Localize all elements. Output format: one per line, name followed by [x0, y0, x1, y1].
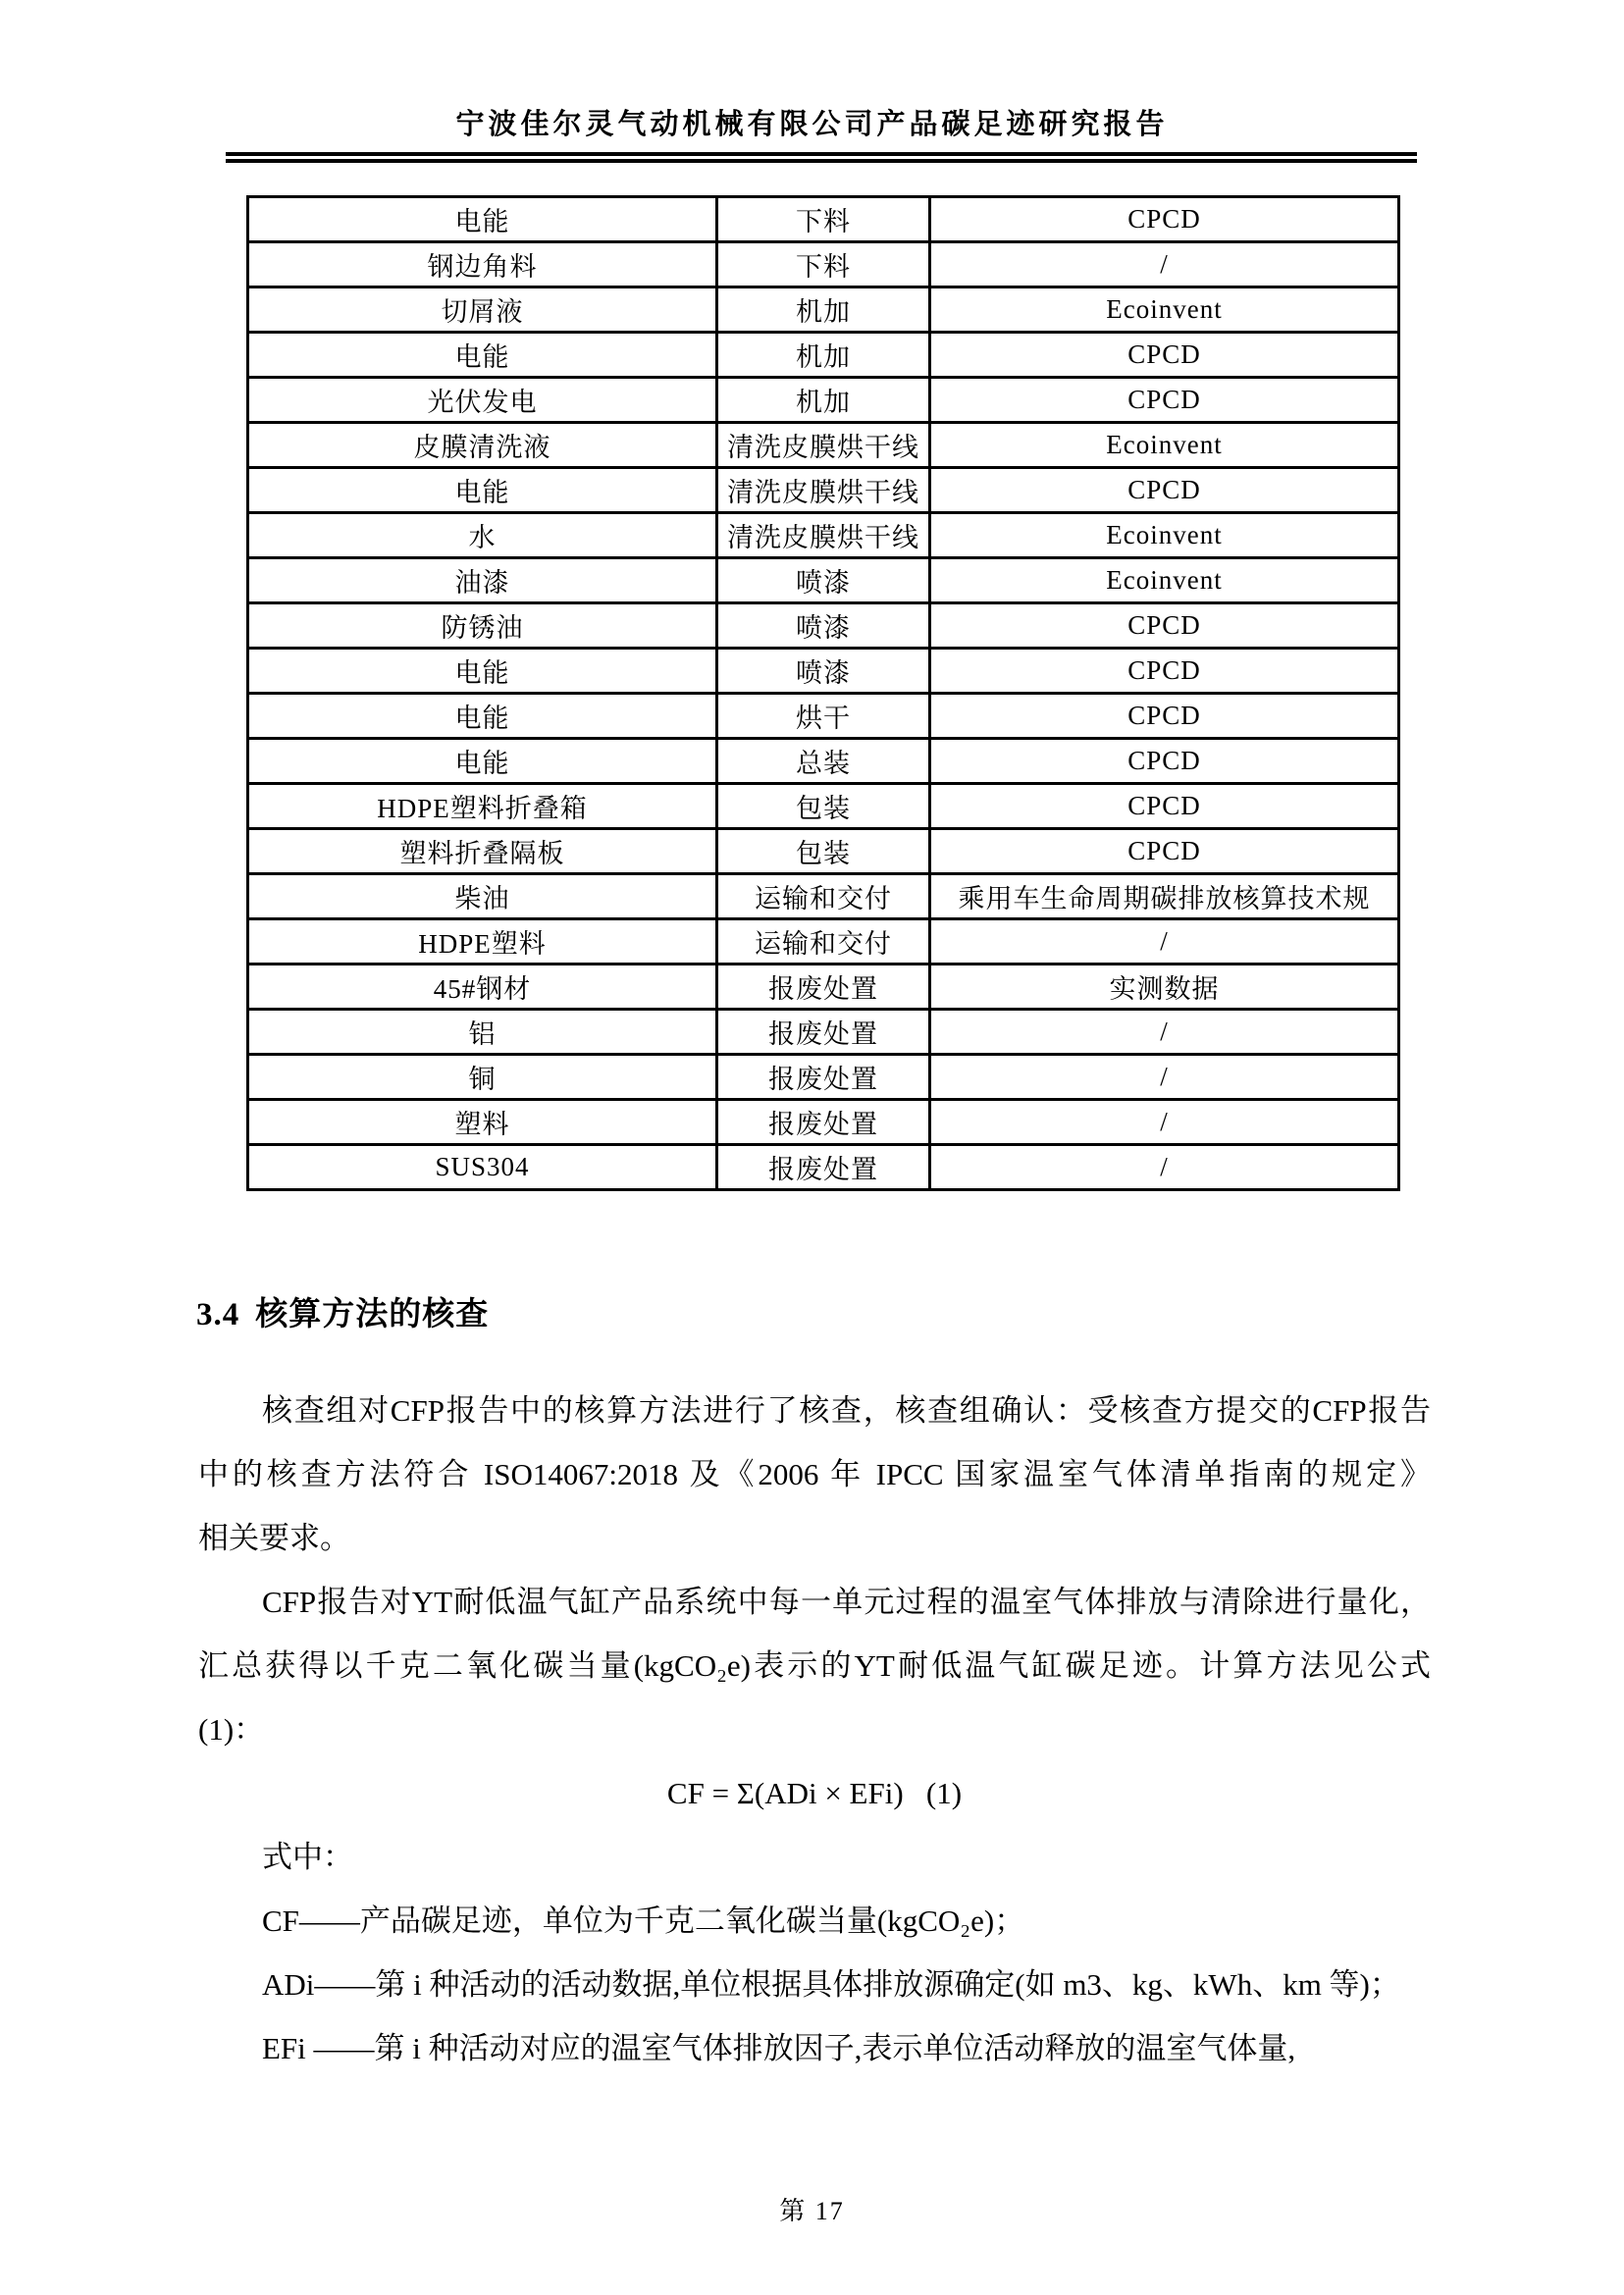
table-row: 电能下料CPCD [248, 197, 1399, 242]
table-cell: 烘干 [717, 694, 930, 739]
para2-line3: (1)： [198, 1697, 1431, 1761]
table-cell: CPCD [930, 649, 1399, 694]
table-row: 切屑液机加Ecoinvent [248, 287, 1399, 333]
table-cell: SUS304 [248, 1145, 717, 1190]
table-cell: / [930, 1100, 1399, 1145]
para1-line3: 相关要求。 [198, 1506, 1431, 1570]
table-cell: 柴油 [248, 874, 717, 919]
table-row: 油漆喷漆Ecoinvent [248, 558, 1399, 603]
table-cell: 报废处置 [717, 1145, 930, 1190]
para2-line1: CFP报告对YT耐低温气缸产品系统中每一单元过程的温室气体排放与清除进行量化， [198, 1570, 1431, 1634]
table-cell: 水 [248, 513, 717, 558]
table-cell: CPCD [930, 378, 1399, 423]
table-cell: 实测数据 [930, 965, 1399, 1010]
table-row: HDPE塑料折叠箱包装CPCD [248, 784, 1399, 829]
table-cell: HDPE塑料 [248, 919, 717, 965]
table-cell: 电能 [248, 197, 717, 242]
table-cell: 铝 [248, 1010, 717, 1055]
table-cell: 电能 [248, 468, 717, 513]
table-cell: 运输和交付 [717, 919, 930, 965]
section-title: 核算方法的核查 [255, 1297, 489, 1332]
table-cell: 铜 [248, 1055, 717, 1100]
table-cell: 喷漆 [717, 558, 930, 603]
table-cell: 喷漆 [717, 649, 930, 694]
table-cell: Ecoinvent [930, 423, 1399, 468]
table-cell: 油漆 [248, 558, 717, 603]
table-row: 铜报废处置/ [248, 1055, 1399, 1100]
formula: CF = Σ(ADi × EFi) (1) [198, 1761, 1431, 1825]
table-cell: / [930, 919, 1399, 965]
table-cell: 包装 [717, 829, 930, 874]
table-cell: 总装 [717, 739, 930, 784]
table-row: 铝报废处置/ [248, 1010, 1399, 1055]
table-cell: Ecoinvent [930, 287, 1399, 333]
table-cell: 皮膜清洗液 [248, 423, 717, 468]
table-cell: CPCD [930, 197, 1399, 242]
table-cell: CPCD [930, 784, 1399, 829]
table-row: 电能烘干CPCD [248, 694, 1399, 739]
para1-line2: 中的核查方法符合 ISO14067:2018 及《2006 年 IPCC 国家温… [198, 1442, 1431, 1506]
table-cell: CPCD [930, 333, 1399, 378]
table-cell: 清洗皮膜烘干线 [717, 423, 930, 468]
inventory-table: 电能下料CPCD钢边角料下料/切屑液机加Ecoinvent电能机加CPCD光伏发… [246, 195, 1400, 1191]
para2-line2: 汇总获得以千克二氧化碳当量(kgCO₂e)表示的YT耐低温气缸碳足迹。计算方法见… [198, 1634, 1431, 1697]
table-row: 电能清洗皮膜烘干线CPCD [248, 468, 1399, 513]
table-cell: 机加 [717, 287, 930, 333]
section-heading: 3.4核算方法的核查 [196, 1288, 489, 1334]
table-row: 钢边角料下料/ [248, 242, 1399, 287]
table-cell: / [930, 1010, 1399, 1055]
table-cell: 清洗皮膜烘干线 [717, 468, 930, 513]
table-cell: 45#钢材 [248, 965, 717, 1010]
table-row: 光伏发电机加CPCD [248, 378, 1399, 423]
table-row: 皮膜清洗液清洗皮膜烘干线Ecoinvent [248, 423, 1399, 468]
table-cell: 下料 [717, 242, 930, 287]
table-row: 水清洗皮膜烘干线Ecoinvent [248, 513, 1399, 558]
table-cell: / [930, 242, 1399, 287]
table-row: 电能喷漆CPCD [248, 649, 1399, 694]
table-cell: 乘用车生命周期碳排放核算技术规 [930, 874, 1399, 919]
table-cell: / [930, 1145, 1399, 1190]
table-cell: 塑料 [248, 1100, 717, 1145]
table-cell: CPCD [930, 829, 1399, 874]
table-cell: 报废处置 [717, 1010, 930, 1055]
page-number: 第 17 [0, 2191, 1624, 2227]
table-cell: CPCD [930, 739, 1399, 784]
table-cell: 钢边角料 [248, 242, 717, 287]
table-cell: HDPE塑料折叠箱 [248, 784, 717, 829]
table-row: 45#钢材报废处置实测数据 [248, 965, 1399, 1010]
table-cell: CPCD [930, 694, 1399, 739]
inventory-table-body: 电能下料CPCD钢边角料下料/切屑液机加Ecoinvent电能机加CPCD光伏发… [248, 197, 1399, 1190]
header-title: 宁波佳尔灵气动机械有限公司产品碳足迹研究报告 [0, 102, 1624, 142]
table-row: 塑料折叠隔板包装CPCD [248, 829, 1399, 874]
table-row: 防锈油喷漆CPCD [248, 603, 1399, 649]
table-cell: Ecoinvent [930, 513, 1399, 558]
body-text: 核查组对CFP报告中的核算方法进行了核查，核查组确认：受核查方提交的CFP报告中… [198, 1379, 1431, 2080]
table-cell: 机加 [717, 378, 930, 423]
table-cell: CPCD [930, 603, 1399, 649]
definition-adi: ADi——第 i 种活动的活动数据,单位根据具体排放源确定(如 m3、kg、kW… [198, 1953, 1431, 2016]
table-cell: 电能 [248, 649, 717, 694]
table-cell: 喷漆 [717, 603, 930, 649]
table-row: 电能机加CPCD [248, 333, 1399, 378]
table-cell: 报废处置 [717, 1100, 930, 1145]
table-cell: 包装 [717, 784, 930, 829]
table-cell: 塑料折叠隔板 [248, 829, 717, 874]
section-number: 3.4 [196, 1297, 239, 1332]
formula-intro: 式中： [198, 1825, 1431, 1889]
table-cell: 报废处置 [717, 965, 930, 1010]
table-row: 塑料报废处置/ [248, 1100, 1399, 1145]
table-cell: 电能 [248, 333, 717, 378]
definition-efi: EFi ——第 i 种活动对应的温室气体排放因子,表示单位活动释放的温室气体量, [198, 2016, 1431, 2080]
table-row: 电能总装CPCD [248, 739, 1399, 784]
definition-cf: CF——产品碳足迹，单位为千克二氧化碳当量(kgCO₂e)； [198, 1889, 1431, 1953]
table-cell: 防锈油 [248, 603, 717, 649]
table-row: 柴油运输和交付乘用车生命周期碳排放核算技术规 [248, 874, 1399, 919]
table-cell: 清洗皮膜烘干线 [717, 513, 930, 558]
table-cell: 运输和交付 [717, 874, 930, 919]
table-cell: 机加 [717, 333, 930, 378]
header-divider [226, 152, 1417, 163]
table-cell: 电能 [248, 739, 717, 784]
table-cell: 下料 [717, 197, 930, 242]
table-cell: 报废处置 [717, 1055, 930, 1100]
table-cell: CPCD [930, 468, 1399, 513]
table-cell: 切屑液 [248, 287, 717, 333]
document-page: 宁波佳尔灵气动机械有限公司产品碳足迹研究报告 电能下料CPCD钢边角料下料/切屑… [0, 0, 1624, 2295]
table-cell: 电能 [248, 694, 717, 739]
table-cell: / [930, 1055, 1399, 1100]
table-row: SUS304报废处置/ [248, 1145, 1399, 1190]
table-cell: Ecoinvent [930, 558, 1399, 603]
para1-line1: 核查组对CFP报告中的核算方法进行了核查，核查组确认：受核查方提交的CFP报告 [198, 1379, 1431, 1442]
table-cell: 光伏发电 [248, 378, 717, 423]
table-row: HDPE塑料运输和交付/ [248, 919, 1399, 965]
